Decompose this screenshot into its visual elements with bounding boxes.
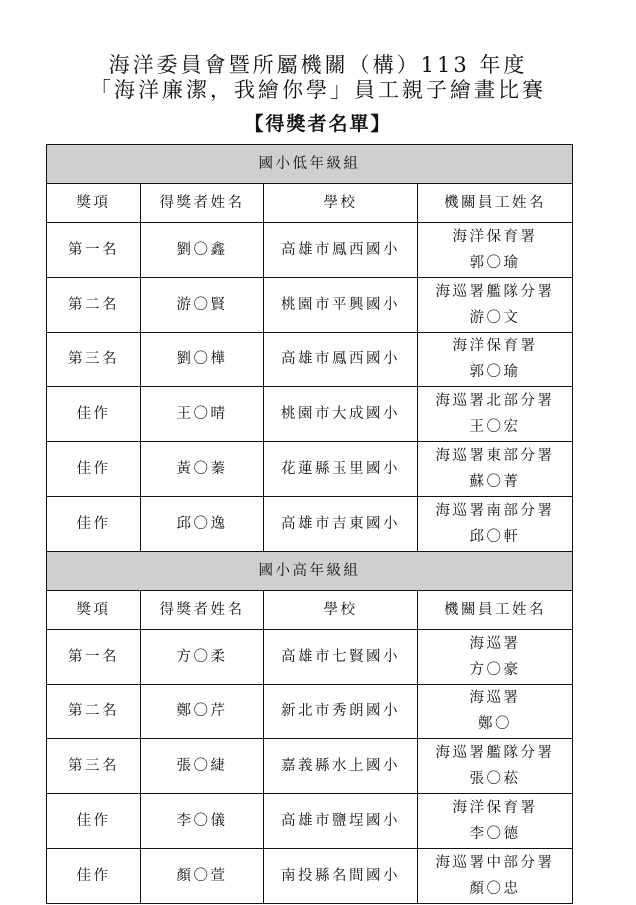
document-subtitle: 「海洋廉潔，我繪你學」員工親子繪畫比賽 xyxy=(0,77,636,103)
column-header: 得獎者姓名 xyxy=(141,184,264,223)
school-cell: 嘉義縣水上國小 xyxy=(264,739,418,794)
winner-name-cell: 游〇賢 xyxy=(141,277,264,332)
employee-cell: 海巡署艦隊分署游〇文 xyxy=(418,277,573,332)
agency-name: 海洋保育署 xyxy=(418,333,572,359)
award-cell: 第二名 xyxy=(47,684,141,739)
group-header: 國小低年級組 xyxy=(47,145,573,184)
column-header: 得獎者姓名 xyxy=(141,590,264,629)
employee-cell: 海巡署方〇豪 xyxy=(418,629,573,684)
table-row: 佳作邱〇逸高雄市吉東國小海巡署南部分署邱〇軒 xyxy=(47,496,573,551)
school-cell: 南投縣名間國小 xyxy=(264,848,418,903)
employee-cell: 海洋保育署郭〇瑜 xyxy=(418,223,573,278)
award-cell: 第一名 xyxy=(47,629,141,684)
employee-name: 郭〇瑜 xyxy=(418,359,572,385)
employee-name: 郭〇瑜 xyxy=(418,250,572,276)
winner-name-cell: 方〇柔 xyxy=(141,629,264,684)
winner-name-cell: 劉〇鑫 xyxy=(141,223,264,278)
group-header-row: 國小高年級組 xyxy=(47,551,573,590)
winner-name-cell: 顏〇萱 xyxy=(141,848,264,903)
agency-name: 海巡署中部分署 xyxy=(418,850,572,876)
table-row: 第三名張〇緁嘉義縣水上國小海巡署艦隊分署張〇菘 xyxy=(47,739,573,794)
table-row: 第一名劉〇鑫高雄市鳳西國小海洋保育署郭〇瑜 xyxy=(47,223,573,278)
agency-name: 海巡署 xyxy=(418,685,572,711)
award-cell: 佳作 xyxy=(47,848,141,903)
column-header: 機關員工姓名 xyxy=(418,590,573,629)
table-row: 第三名劉〇樺高雄市鳳西國小海洋保育署郭〇瑜 xyxy=(47,332,573,387)
employee-cell: 海洋保育署郭〇瑜 xyxy=(418,332,573,387)
winner-name-cell: 鄭〇芹 xyxy=(141,684,264,739)
table-row: 第一名方〇柔高雄市七賢國小海巡署方〇豪 xyxy=(47,629,573,684)
school-cell: 高雄市吉東國小 xyxy=(264,496,418,551)
winner-name-cell: 王〇晴 xyxy=(141,387,264,442)
employee-name: 游〇文 xyxy=(418,305,572,331)
employee-cell: 海巡署艦隊分署張〇菘 xyxy=(418,739,573,794)
school-cell: 桃園市大成國小 xyxy=(264,387,418,442)
employee-cell: 海巡署中部分署顏〇忠 xyxy=(418,848,573,903)
document-title: 海洋委員會暨所屬機關（構）113 年度 xyxy=(0,52,636,78)
school-cell: 新北市秀朗國小 xyxy=(264,684,418,739)
school-cell: 高雄市七賢國小 xyxy=(264,629,418,684)
column-header: 機關員工姓名 xyxy=(418,184,573,223)
award-cell: 第三名 xyxy=(47,739,141,794)
employee-name: 蘇〇菁 xyxy=(418,469,572,495)
column-header-row: 獎項得獎者姓名學校機關員工姓名 xyxy=(47,184,573,223)
column-header: 獎項 xyxy=(47,590,141,629)
table-row: 佳作李〇儀高雄市鹽埕國小海洋保育署李〇德 xyxy=(47,794,573,849)
award-cell: 佳作 xyxy=(47,794,141,849)
award-cell: 佳作 xyxy=(47,387,141,442)
agency-name: 海巡署艦隊分署 xyxy=(418,740,572,766)
group-header: 國小高年級組 xyxy=(47,551,573,590)
winner-name-cell: 劉〇樺 xyxy=(141,332,264,387)
winner-name-cell: 邱〇逸 xyxy=(141,496,264,551)
employee-name: 王〇宏 xyxy=(418,414,572,440)
agency-name: 海巡署北部分署 xyxy=(418,388,572,414)
award-cell: 第三名 xyxy=(47,332,141,387)
school-cell: 高雄市鳳西國小 xyxy=(264,223,418,278)
employee-cell: 海巡署南部分署邱〇軒 xyxy=(418,496,573,551)
agency-name: 海洋保育署 xyxy=(418,224,572,250)
employee-name: 李〇德 xyxy=(418,821,572,847)
column-header: 學校 xyxy=(264,184,418,223)
employee-name: 邱〇軒 xyxy=(418,524,572,550)
employee-cell: 海巡署鄭〇 xyxy=(418,684,573,739)
employee-name: 鄭〇 xyxy=(418,711,572,737)
employee-name: 顏〇忠 xyxy=(418,876,572,902)
winner-name-cell: 李〇儀 xyxy=(141,794,264,849)
award-cell: 第一名 xyxy=(47,223,141,278)
award-cell: 佳作 xyxy=(47,496,141,551)
awards-table: 國小低年級組獎項得獎者姓名學校機關員工姓名第一名劉〇鑫高雄市鳳西國小海洋保育署郭… xyxy=(46,144,573,904)
winners-list-heading: 【得獎者名單】 xyxy=(0,111,636,137)
agency-name: 海洋保育署 xyxy=(418,795,572,821)
school-cell: 桃園市平興國小 xyxy=(264,277,418,332)
school-cell: 高雄市鹽埕國小 xyxy=(264,794,418,849)
column-header: 獎項 xyxy=(47,184,141,223)
table-row: 佳作顏〇萱南投縣名間國小海巡署中部分署顏〇忠 xyxy=(47,848,573,903)
column-header-row: 獎項得獎者姓名學校機關員工姓名 xyxy=(47,590,573,629)
agency-name: 海巡署南部分署 xyxy=(418,498,572,524)
agency-name: 海巡署東部分署 xyxy=(418,443,572,469)
employee-cell: 海巡署北部分署王〇宏 xyxy=(418,387,573,442)
winner-name-cell: 黃〇蓁 xyxy=(141,442,264,497)
school-cell: 高雄市鳳西國小 xyxy=(264,332,418,387)
award-cell: 佳作 xyxy=(47,442,141,497)
table-row: 佳作黃〇蓁花蓮縣玉里國小海巡署東部分署蘇〇菁 xyxy=(47,442,573,497)
agency-name: 海巡署 xyxy=(418,631,572,657)
table-row: 佳作王〇晴桃園市大成國小海巡署北部分署王〇宏 xyxy=(47,387,573,442)
group-header-row: 國小低年級組 xyxy=(47,145,573,184)
table-row: 第二名鄭〇芹新北市秀朗國小海巡署鄭〇 xyxy=(47,684,573,739)
employee-cell: 海洋保育署李〇德 xyxy=(418,794,573,849)
employee-name: 方〇豪 xyxy=(418,657,572,683)
school-cell: 花蓮縣玉里國小 xyxy=(264,442,418,497)
table-row: 第二名游〇賢桃園市平興國小海巡署艦隊分署游〇文 xyxy=(47,277,573,332)
employee-cell: 海巡署東部分署蘇〇菁 xyxy=(418,442,573,497)
column-header: 學校 xyxy=(264,590,418,629)
agency-name: 海巡署艦隊分署 xyxy=(418,279,572,305)
employee-name: 張〇菘 xyxy=(418,766,572,792)
award-cell: 第二名 xyxy=(47,277,141,332)
winner-name-cell: 張〇緁 xyxy=(141,739,264,794)
